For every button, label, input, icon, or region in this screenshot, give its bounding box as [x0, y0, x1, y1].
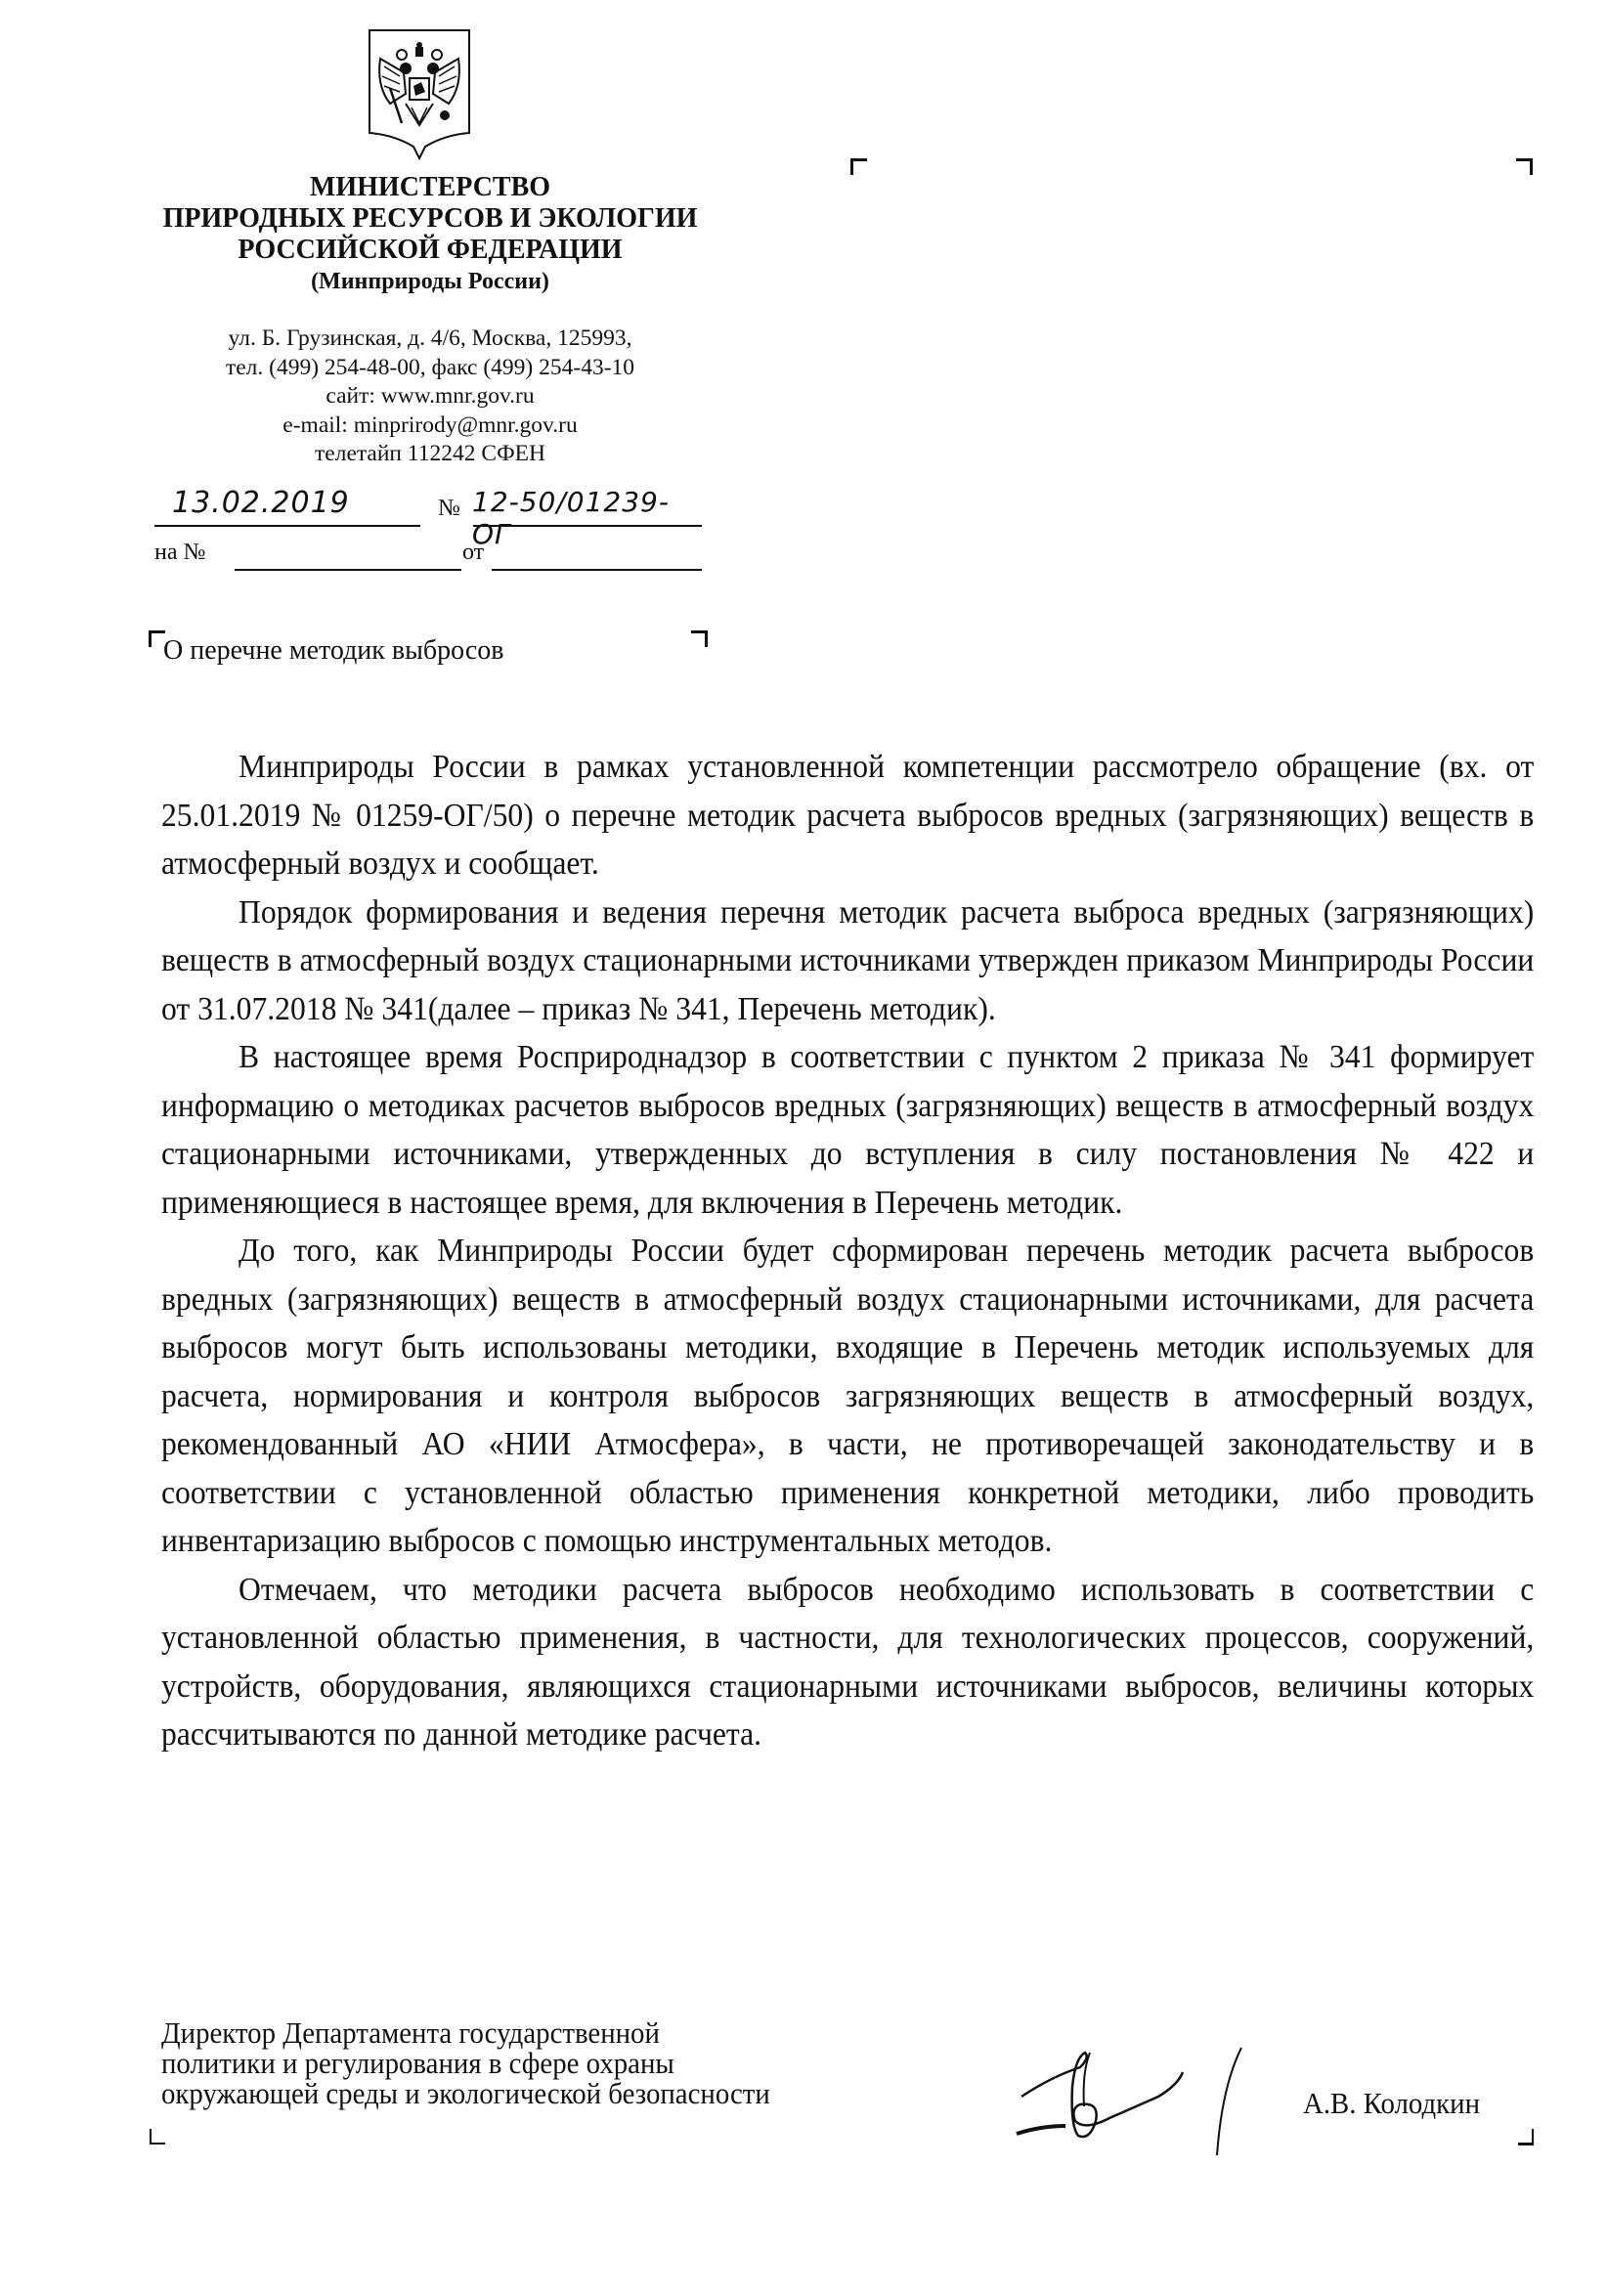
ministry-address: ул. Б. Грузинская, д. 4/6, Москва, 12599… [161, 325, 699, 469]
website-line: сайт: www.mnr.gov.ru [161, 382, 699, 412]
handwritten-signature-icon [1012, 2028, 1295, 2165]
coat-of-arms-icon [367, 27, 472, 160]
signatory-title-line: Директор Департамента государственной [161, 2017, 770, 2048]
teletype-line: телетайп 112242 СФЕН [161, 440, 699, 469]
ministry-name: МИНИСТЕРСТВО ПРИРОДНЫХ РЕСУРСОВ И ЭКОЛОГ… [161, 172, 699, 297]
signatory-title-line: окружающей среды и экологической безопас… [161, 2078, 770, 2108]
body-paragraph: Отмечаем, что методики расчета выбросов … [161, 1566, 1534, 1759]
ministry-short-name: (Минприроды России) [161, 266, 699, 297]
subject-corner-right [691, 630, 708, 647]
number-label: № [438, 496, 460, 522]
body-paragraph: Минприроды России в рамках установленной… [161, 743, 1534, 888]
body-paragraph: Порядок формирования и ведения перечня м… [161, 888, 1534, 1034]
reply-number-underline [235, 569, 461, 571]
body-paragraph: До того, как Минприроды России будет сфо… [161, 1227, 1534, 1566]
signatory-name: А.В. Колодкин [1303, 2086, 1480, 2121]
registration-date: 13.02.2019 [172, 486, 350, 520]
signatory-title-line: политики и регулирования в сфере охраны [161, 2048, 770, 2078]
letter-subject: О перечне методик выбросов [163, 635, 504, 667]
ministry-line: РОССИЙСКОЙ ФЕДЕРАЦИИ [161, 235, 699, 266]
registration-line: 13.02.2019 № 12-50/01239-ОГ [154, 486, 702, 525]
reply-number-label: на № [154, 540, 205, 566]
phone-fax-line: тел. (499) 254-48-00, факс (499) 254-43-… [161, 354, 699, 383]
letter-body: Минприроды России в рамках установленной… [161, 743, 1534, 1759]
body-paragraph: В настоящее время Росприроднадзор в соот… [161, 1033, 1534, 1227]
address-field-corner-top-right [1516, 158, 1533, 175]
page-corner-bottom-right [1518, 2129, 1534, 2145]
address-field-corner-top-left [850, 158, 867, 175]
ministry-line: ПРИРОДНЫХ РЕСУРСОВ И ЭКОЛОГИИ [161, 203, 699, 235]
date-underline [154, 525, 420, 527]
email-line: e-mail: minprirody@mnr.gov.ru [161, 412, 699, 441]
page-corner-bottom-left [150, 2129, 165, 2144]
reply-reference-line: на № от [154, 540, 702, 575]
address-line: ул. Б. Грузинская, д. 4/6, Москва, 12599… [161, 325, 699, 354]
signatory-title: Директор Департамента государственной по… [161, 2017, 770, 2108]
reply-date-underline [492, 569, 702, 571]
ministry-line: МИНИСТЕРСТВО [161, 172, 699, 203]
reply-date-label: от [462, 540, 484, 566]
